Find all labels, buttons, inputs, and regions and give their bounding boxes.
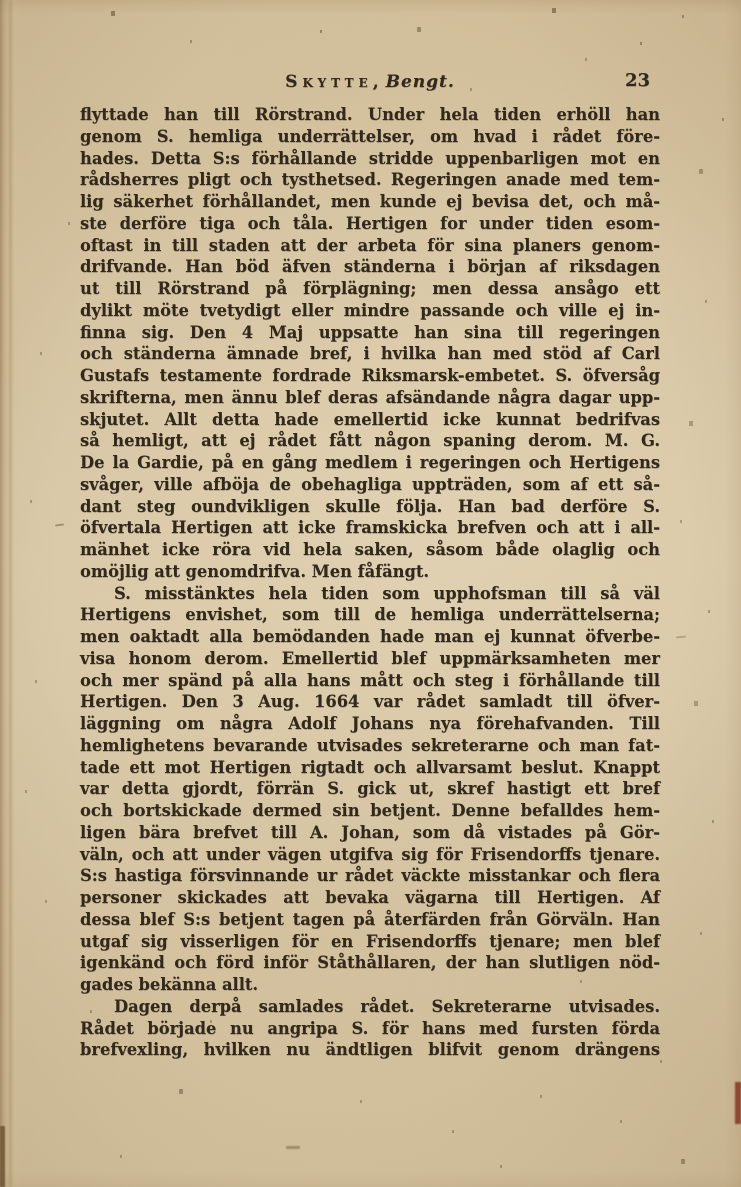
text-line: dessa blef S:s betjent tagen på återfärd… xyxy=(80,909,660,931)
running-title: Skytte,Bengt. xyxy=(80,72,660,92)
text-line: tade ett mot Hertigen rigtadt och allvar… xyxy=(80,757,660,779)
text-line: omöjlig att genomdrifva. Men fåfängt. xyxy=(80,561,660,583)
margin-mark xyxy=(286,1146,300,1149)
text-line: finna sig. Den 4 Maj uppsatte han sina t… xyxy=(80,322,660,344)
text-line: De la Gardie, på en gång medlem i regeri… xyxy=(80,452,660,474)
text-line: gades bekänna allt. xyxy=(80,974,660,996)
text-line: men oaktadt alla bemödanden hade man ej … xyxy=(80,626,660,648)
text-line: och bortskickade dermed sin betjent. Den… xyxy=(80,800,660,822)
text-line: igenkänd och förd inför Ståthållaren, de… xyxy=(80,952,660,974)
text-line: läggning om några Adolf Johans nya föreh… xyxy=(80,713,660,735)
running-title-surname: Skytte xyxy=(285,72,373,92)
text-line: var detta gjordt, förrän S. gick ut, skr… xyxy=(80,778,660,800)
page-number: 23 xyxy=(625,70,650,91)
running-title-comma: , xyxy=(373,72,379,92)
text-line: dylikt möte tvetydigt eller mindre passa… xyxy=(80,300,660,322)
text-line: visa honom derom. Emellertid blef uppmär… xyxy=(80,648,660,670)
text-line: och ständerna ämnade bref, i hvilka han … xyxy=(80,343,660,365)
text-line: S. misstänktes hela tiden som upphofsman… xyxy=(80,583,660,605)
text-line: lig säkerhet förhållandet, men kunde ej … xyxy=(80,191,660,213)
page-header: Skytte,Bengt. 23 xyxy=(80,72,660,98)
text-line: svåger, ville afböja de obehagliga upptr… xyxy=(80,474,660,496)
text-line: Hertigens envishet, som till de hemliga … xyxy=(80,604,660,626)
text-line: hades. Detta S:s förhållande stridde upp… xyxy=(80,148,660,170)
text-line: skjutet. Allt detta hade emellertid icke… xyxy=(80,409,660,431)
margin-mark xyxy=(676,635,686,638)
text-line: mänhet icke röra vid hela saken, såsom b… xyxy=(80,539,660,561)
text-line: utgaf sig visserligen för en Frisendorff… xyxy=(80,931,660,953)
text-line: S:s hastiga försvinnande ur rådet väckte… xyxy=(80,865,660,887)
text-line: dant steg oundvikligen skulle följa. Han… xyxy=(80,496,660,518)
text-line: ut till Rörstrand på förplägning; men de… xyxy=(80,278,660,300)
text-line: skrifterna, men ännu blef deras afsändan… xyxy=(80,387,660,409)
text-line: genom S. hemliga underrättelser, om hvad… xyxy=(80,126,660,148)
right-edge-stain xyxy=(735,1082,741,1124)
running-title-given-name: Bengt. xyxy=(386,72,455,92)
text-line: Gustafs testamente fordrade Riksmarsk-em… xyxy=(80,365,660,387)
text-line: rådsherres pligt och tysthetsed. Regerin… xyxy=(80,169,660,191)
text-line: flyttade han till Rörstrand. Under hela … xyxy=(80,104,660,126)
text-paragraph: flyttade han till Rörstrand. Under hela … xyxy=(80,104,660,583)
text-line: och mer spänd på alla hans mått och steg… xyxy=(80,670,660,692)
text-line: Dagen derpå samlades rådet. Sekreterarne… xyxy=(80,996,660,1018)
margin-mark xyxy=(55,523,64,526)
text-line: öfvertala Hertigen att icke framskicka b… xyxy=(80,517,660,539)
text-paragraph: S. misstänktes hela tiden som upphofsman… xyxy=(80,583,660,996)
text-line: ste derföre tiga och tåla. Hertigen for … xyxy=(80,213,660,235)
book-page-scan: Skytte,Bengt. 23 flyttade han till Rörst… xyxy=(0,0,741,1187)
text-line: Hertigen. Den 3 Aug. 1664 var rådet saml… xyxy=(80,691,660,713)
text-line: ligen bära brefvet till A. Johan, som då… xyxy=(80,822,660,844)
text-line: brefvexling, hvilken nu ändtligen blifvi… xyxy=(80,1039,660,1061)
text-paragraph: Dagen derpå samlades rådet. Sekreterarne… xyxy=(80,996,660,1061)
text-line: så hemligt, att ej rådet fått någon span… xyxy=(80,430,660,452)
page-body: flyttade han till Rörstrand. Under hela … xyxy=(80,104,660,1061)
text-line: Rådet började nu angripa S. för hans med… xyxy=(80,1018,660,1040)
page-left-edge-shadow xyxy=(0,0,22,1187)
text-line: hemlighetens bevarande utvisades sekrete… xyxy=(80,735,660,757)
page-fold-line xyxy=(9,0,12,1187)
text-line: väln, och att under vägen utgifva sig fö… xyxy=(80,844,660,866)
paper-specks xyxy=(0,0,2,3)
text-line: drifvande. Han böd äfven ständerna i bör… xyxy=(80,256,660,278)
text-line: personer skickades att bevaka vägarna ti… xyxy=(80,887,660,909)
binding-edge-mark xyxy=(0,1126,5,1187)
text-line: oftast in till staden att der arbeta för… xyxy=(80,235,660,257)
